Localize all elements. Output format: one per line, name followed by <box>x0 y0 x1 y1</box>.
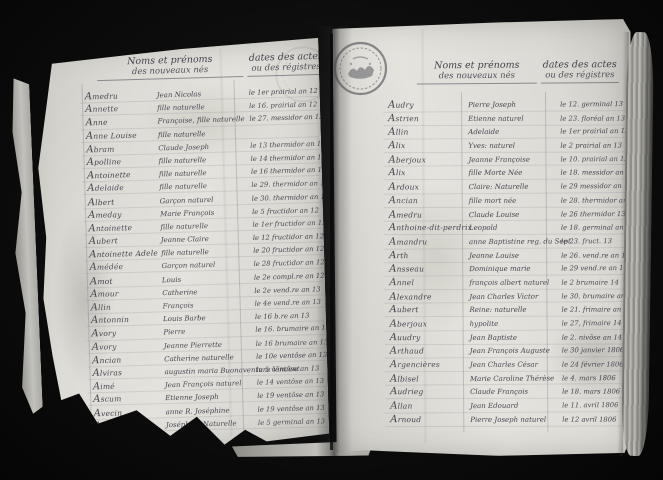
name-cell: Audrieg <box>385 385 470 398</box>
name-cell: Avory <box>87 339 164 354</box>
given-names-cell: Louis Barbe <box>163 311 251 326</box>
given-names-cell: Jeanne Pierrette <box>164 338 252 353</box>
given-names-cell: Yves: naturel <box>468 140 556 153</box>
given-names-cell: anne Baptistine reg. du Sept. <box>469 235 557 249</box>
given-names-cell: fille naturelle <box>159 179 247 194</box>
name-cell: Allin <box>383 125 468 139</box>
register-row: Allin Adelaide le 1er prairial an 13 <box>383 124 629 139</box>
date-cell: le 10. prairial an 13 <box>556 153 629 167</box>
register-row: Ancian fille mort née le 28. thermidor a… <box>384 193 630 207</box>
register-row: Arthaud Jean François Auguste le 30 janv… <box>385 343 631 358</box>
register-row: Aberjoux hypolite le 27, frimaire 14 <box>385 316 631 331</box>
name-cell: Arth <box>384 248 469 261</box>
given-names-cell: Jean Charles Victor <box>469 290 557 304</box>
given-names-cell: fille naturelle <box>158 153 246 168</box>
register-row: Audry Pierre Joseph le 12. germinal 13 <box>383 97 629 112</box>
given-names-cell: Garçon naturel <box>161 259 249 274</box>
given-names-cell: Pierre Joseph naturel <box>470 414 558 427</box>
right-page-header: Noms et prénoms des nouveaux nés dates d… <box>417 59 619 84</box>
name-cell: Allan <box>385 399 470 413</box>
given-names-cell: Claude François <box>470 386 558 399</box>
dates-header-line2: ou des régistres <box>541 70 619 81</box>
register-row: Anthoine-dit-perdrix Leopold le 18. germ… <box>384 221 630 235</box>
given-names-cell: Dominique marie <box>469 263 557 277</box>
register-row: Ardoux Claire: Naturelle le 29 messidor … <box>384 179 630 194</box>
name-cell: Arnoud <box>385 413 470 426</box>
name-cell: Annette <box>80 101 157 116</box>
name-cell: Anthoine-dit-perdrix <box>384 221 469 234</box>
archive-stamp-icon <box>333 41 388 96</box>
left-page-under-sheet-edges <box>7 78 43 415</box>
name-cell: Aubert <box>384 303 469 316</box>
name-cell: Apolline <box>81 154 158 169</box>
name-cell: Aubert <box>84 233 161 248</box>
names-header-line2: des nouveaux nés <box>417 71 537 82</box>
register-row: Amedru Claude Louise le 26 thermidor 13 <box>384 206 630 221</box>
given-names-cell: Claire: Naturelle <box>469 181 557 195</box>
name-cell: Anne Louise <box>81 128 158 143</box>
dates-header: dates des actes ou des régistres <box>541 59 619 84</box>
given-names-cell: Etienne Joseph <box>165 390 253 405</box>
name-cell: Amour <box>85 286 162 301</box>
names-header: Noms et prénoms des nouveaux nés <box>417 60 537 85</box>
given-names-cell: Claude Louise <box>469 208 557 222</box>
binding-slit <box>330 34 333 450</box>
name-cell: Alix <box>383 139 468 152</box>
date-cell: le 28 fructidor an 12 <box>249 257 324 272</box>
dates-header-line2: ou des régistres <box>247 62 325 74</box>
name-cell: Ansseau <box>384 262 469 276</box>
register-row: Astrien Etienne naturel le 23. floréal a… <box>383 111 629 125</box>
given-names-cell: fille naturelle <box>157 100 245 115</box>
given-names-cell: Leopold <box>469 222 557 235</box>
register-row: Alix Yves: naturel le 2 prairial an 13 <box>383 139 629 153</box>
given-names-cell: augustin maria Buonaventura Vincent <box>164 364 252 379</box>
given-names-cell: Jeanne Claire <box>161 232 249 247</box>
names-header-line1: Noms et prénoms <box>417 60 537 72</box>
date-cell: le 16 b.re an 13 <box>251 310 324 325</box>
name-cell: Alix <box>384 166 469 179</box>
name-cell: Amedru <box>384 208 469 222</box>
date-cell: le 16. prairial an 12 <box>245 99 318 114</box>
name-cell: Aberjoux <box>385 317 470 331</box>
date-cell: le 29. thermidor an 12 <box>247 178 329 193</box>
given-names-cell: Adelaide <box>468 126 556 140</box>
name-cell: Aberjoux <box>383 153 468 167</box>
register-row: Audrieg Claude François le 18. mars 1806 <box>385 385 631 399</box>
given-names-cell: fille Morte Née <box>469 167 557 180</box>
register-row: Auudry Jean Baptiste le 2. nivôse an 14 <box>385 330 631 344</box>
name-cell: Ancian <box>384 194 469 207</box>
given-names-cell: fille naturelle <box>158 127 246 142</box>
name-cell: Alviras <box>87 365 164 380</box>
name-cell: Auudry <box>385 331 470 344</box>
name-cell: Antonnin <box>86 312 163 327</box>
date-cell: le 19 ventôse an 13 <box>253 389 326 404</box>
name-cell: Amandru <box>384 235 469 249</box>
name-cell: Adelaide <box>82 181 159 196</box>
name-cell: Amédée <box>84 260 161 275</box>
name-cell: Ardoux <box>384 180 469 194</box>
left-page: Noms et prénoms des nouveaux nés dates d… <box>18 38 329 454</box>
register-row: Argencières Jean Charles César le 24 fév… <box>385 358 631 372</box>
given-names-cell: hypolite <box>470 317 558 331</box>
given-names-cell: françois albert naturel <box>469 277 557 290</box>
register-scan: Noms et prénoms des nouveaux nés dates d… <box>0 0 663 480</box>
name-cell: Annel <box>384 276 469 289</box>
register-row: Allan Jean Edouard le 11. avril 1806 <box>385 398 631 413</box>
name-cell: Ardin <box>89 418 166 433</box>
names-header: Noms et prénoms des nouveaux nés <box>97 53 244 81</box>
given-names-cell: Catherine <box>162 285 250 300</box>
date-cell: le 1er prairial an 13 <box>556 125 629 139</box>
given-names-cell: Jean Baptiste <box>470 331 558 344</box>
register-row: Amandru anne Baptistine reg. du Sept. le… <box>384 234 630 249</box>
date-cell: le 12. germinal 13 <box>556 98 629 112</box>
date-cell: le 2 prairial an 13 <box>556 140 629 153</box>
given-names-cell: fille mort née <box>469 195 557 208</box>
given-names-cell: Reine: naturelle <box>469 304 557 317</box>
register-row: Arth Jeanne Louise le 26. vend.re an 14 <box>384 248 630 262</box>
given-names-cell: Jean Edouard <box>470 400 558 414</box>
dates-header-line1: dates des actes <box>541 59 619 71</box>
date-cell: le 2e vend.re an 13 <box>250 283 323 298</box>
register-row: Alix fille Morte Née le 18. messidor an … <box>384 166 630 180</box>
date-cell: le 5 ventôse an 13 <box>252 362 325 377</box>
date-cell: le 5 germinal an 13 <box>254 415 327 430</box>
given-names-cell: Pierre Joseph <box>468 98 556 112</box>
left-page-rows: Amedru Jean Nicolas le 1er prairial an 1… <box>80 84 327 433</box>
date-cell: le 16 brumaire an 13 <box>252 336 329 351</box>
register-row: Annel françois albert naturel le 2 bruma… <box>384 275 630 289</box>
date-cell <box>246 133 319 135</box>
name-cell: Ameday <box>83 207 160 222</box>
book-fore-edge <box>621 32 654 456</box>
register-row: Arnoud Pierre Joseph naturel le 12 avril… <box>385 412 631 426</box>
register-row: Ansseau Dominique marie le 29 vend.re an… <box>384 261 630 276</box>
right-page-rows: Audry Pierre Joseph le 12. germinal 13 A… <box>383 97 631 427</box>
date-cell: le 12 fructidor an 12 <box>249 230 324 245</box>
register-row: Aubert Reine: naturelle le 21. frimaire … <box>384 303 630 317</box>
given-names-cell: Etienne naturel <box>468 112 556 125</box>
dates-header: dates des actes ou des régistres <box>247 51 326 77</box>
name-cell: Audry <box>383 98 468 112</box>
given-names-cell: Jean François Auguste <box>470 345 558 359</box>
register-row: Ardin Joséphine Naturelle le 5 germinal … <box>89 414 327 433</box>
name-cell: Astrien <box>383 112 468 125</box>
given-names-cell: Joséphine Naturelle <box>166 417 254 432</box>
given-names-cell: Jean Charles César <box>470 359 558 372</box>
name-cell: Argencières <box>385 358 470 371</box>
name-cell: Alexandre <box>384 290 469 304</box>
date-cell: le 23. floréal an 13 <box>556 112 629 125</box>
given-names-cell: Marie François <box>160 206 248 221</box>
given-names-cell: Jeanne Louise <box>469 249 557 262</box>
date-cell: le 26 thermidor 13 <box>557 207 630 221</box>
date-cell: le 14 thermidor an 12 <box>246 151 326 166</box>
date-cell: le 5 fructidor an 12 <box>248 204 321 219</box>
name-cell: Albisel <box>385 372 470 386</box>
name-cell: Ascum <box>88 391 165 406</box>
name-cell: Arthaud <box>385 344 470 358</box>
